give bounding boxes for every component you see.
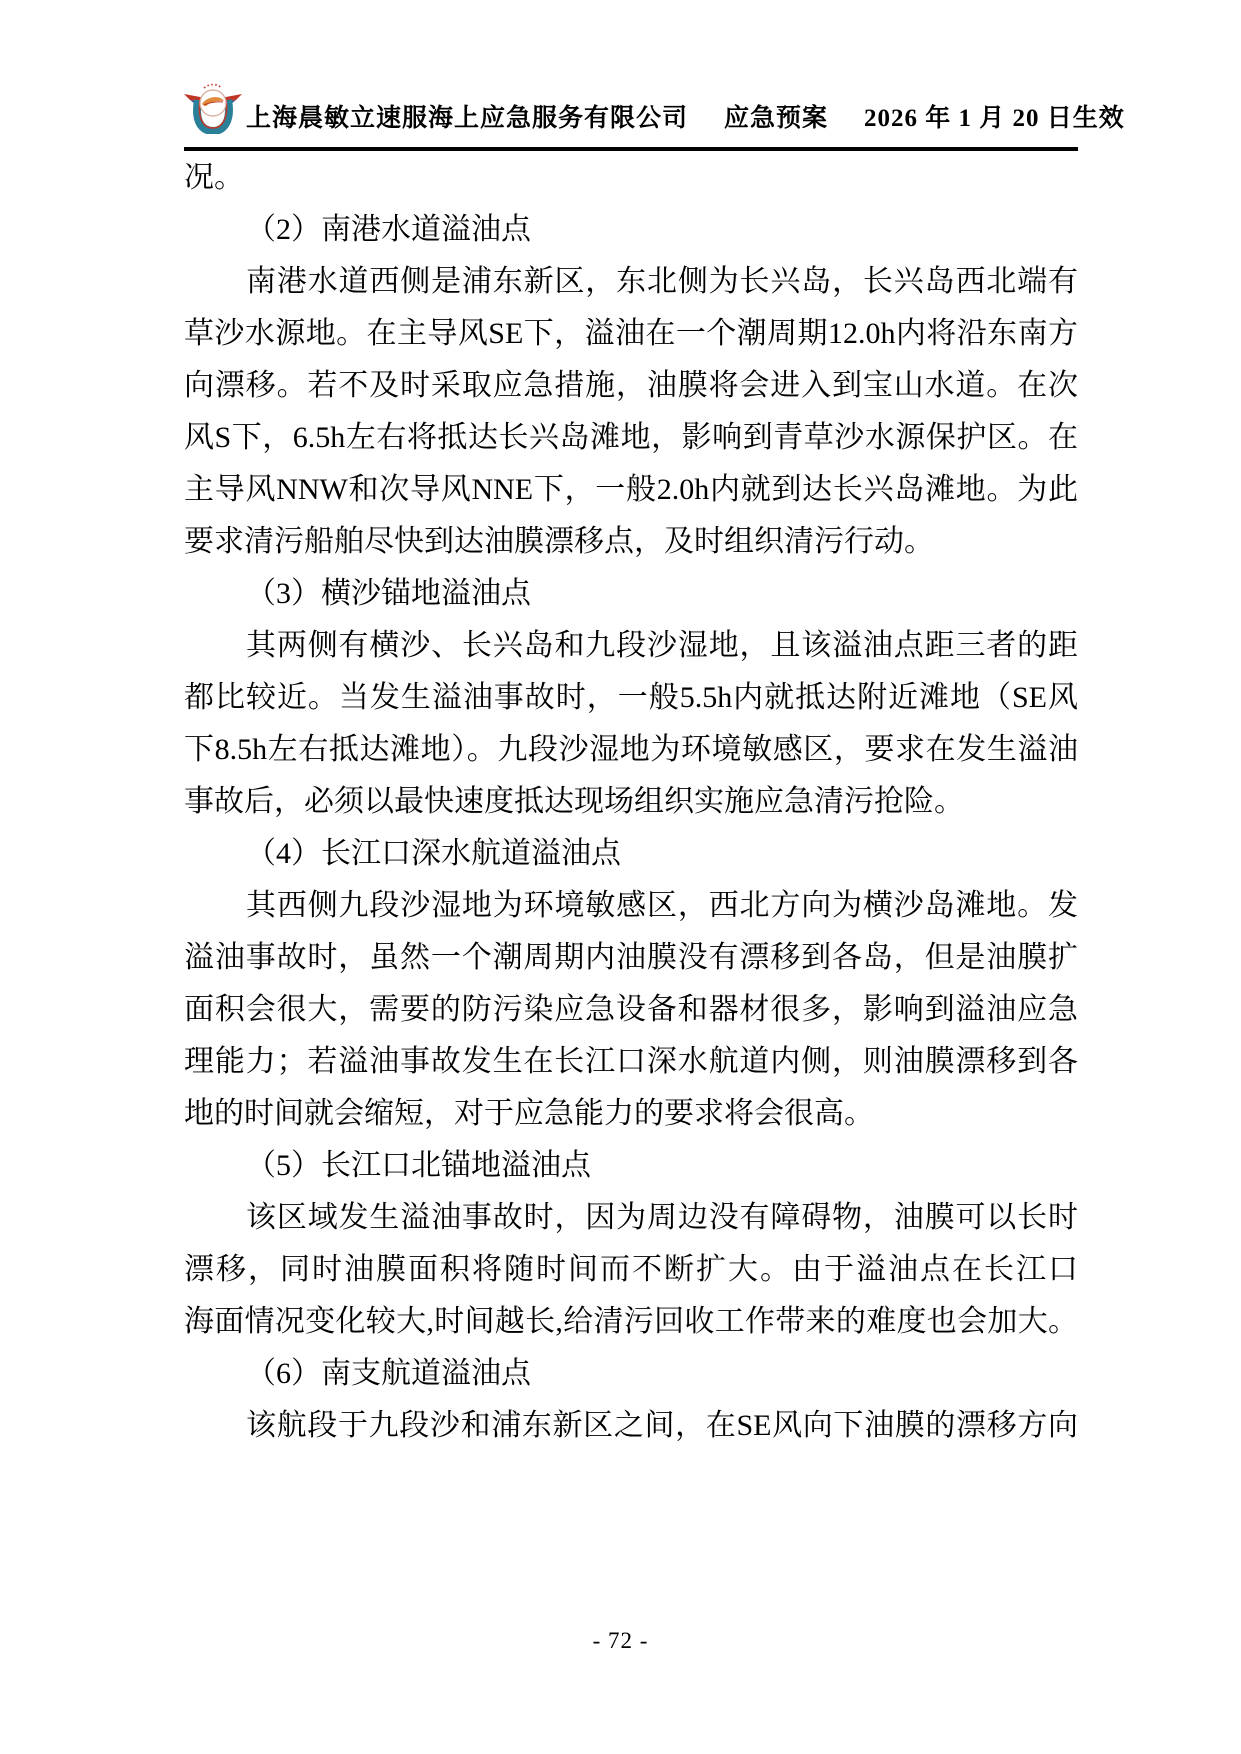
page-header: 上海晨敏立速服海上应急服务有限公司 应急预案 2026 年 1 月 20 日生效	[184, 78, 1078, 138]
header-title-row: 上海晨敏立速服海上应急服务有限公司 应急预案 2026 年 1 月 20 日生效	[246, 98, 1125, 134]
body-line: 漂移，同时油膜面积将随时间而不断扩大。由于溢油点在长江口外，	[184, 1244, 1078, 1296]
body-line: 海面情况变化较大,时间越长,给清污回收工作带来的难度也会加大。	[184, 1296, 1078, 1348]
section-heading: （2）南港水道溢油点	[184, 204, 1078, 256]
body-line: 风S下，6.5h左右将抵达长兴岛滩地，影响到青草沙水源保护区。在	[184, 412, 1078, 464]
body-line: 南港水道西侧是浦东新区，东北侧为长兴岛，长兴岛西北端有青	[184, 256, 1078, 308]
body-line: 地的时间就会缩短，对于应急能力的要求将会很高。	[184, 1088, 1078, 1140]
body-line: 该航段于九段沙和浦东新区之间，在SE风向下油膜的漂移方向	[184, 1400, 1078, 1452]
section-heading: （3）横沙锚地溢油点	[184, 568, 1078, 620]
effective-date: 2026 年 1 月 20 日生效	[864, 98, 1125, 134]
body-line: 其两侧有横沙、长兴岛和九段沙湿地，且该溢油点距三者的距离	[184, 620, 1078, 672]
body-line: 该区域发生溢油事故时，因为周边没有障碍物，油膜可以长时间	[184, 1192, 1078, 1244]
company-name: 上海晨敏立速服海上应急服务有限公司	[246, 98, 688, 134]
section-heading: （5）长江口北锚地溢油点	[184, 1140, 1078, 1192]
body-line: 草沙水源地。在主导风SE下，溢油在一个潮周期12.0h内将沿东南方	[184, 308, 1078, 360]
body-line: 理能力；若溢油事故发生在长江口深水航道内侧，则油膜漂移到各陆	[184, 1036, 1078, 1088]
body-line: 溢油事故时，虽然一个潮周期内油膜没有漂移到各岛，但是油膜扩散	[184, 932, 1078, 984]
document-page: 上海晨敏立速服海上应急服务有限公司 应急预案 2026 年 1 月 20 日生效…	[0, 0, 1241, 1754]
section-heading: （4）长江口深水航道溢油点	[184, 828, 1078, 880]
body-line: 况。	[184, 152, 1078, 204]
body-line: 向漂移。若不及时采取应急措施，油膜将会进入到宝山水道。在次导	[184, 360, 1078, 412]
body-line: 都比较近。当发生溢油事故时，一般5.5h内就抵达附近滩地（SE风向	[184, 672, 1078, 724]
body-line: 面积会很大，需要的防污染应急设备和器材很多，影响到溢油应急处	[184, 984, 1078, 1036]
document-body: 况。 （2）南港水道溢油点 南港水道西侧是浦东新区，东北侧为长兴岛，长兴岛西北端…	[184, 152, 1078, 1452]
company-logo-icon	[184, 78, 242, 134]
body-line: 要求清污船舶尽快到达油膜漂移点，及时组织清污行动。	[184, 516, 1078, 568]
body-line: 下8.5h左右抵达滩地）。九段沙湿地为环境敏感区，要求在发生溢油	[184, 724, 1078, 776]
section-heading: （6）南支航道溢油点	[184, 1348, 1078, 1400]
doc-type-label: 应急预案	[724, 98, 828, 134]
body-line: 主导风NNW和次导风NNE下，一般2.0h内就到达长兴岛滩地。为此	[184, 464, 1078, 516]
page-number: - 72 -	[0, 1628, 1241, 1654]
body-line: 事故后，必须以最快速度抵达现场组织实施应急清污抢险。	[184, 776, 1078, 828]
header-divider	[184, 147, 1078, 151]
body-line: 其西侧九段沙湿地为环境敏感区，西北方向为横沙岛滩地。发生	[184, 880, 1078, 932]
